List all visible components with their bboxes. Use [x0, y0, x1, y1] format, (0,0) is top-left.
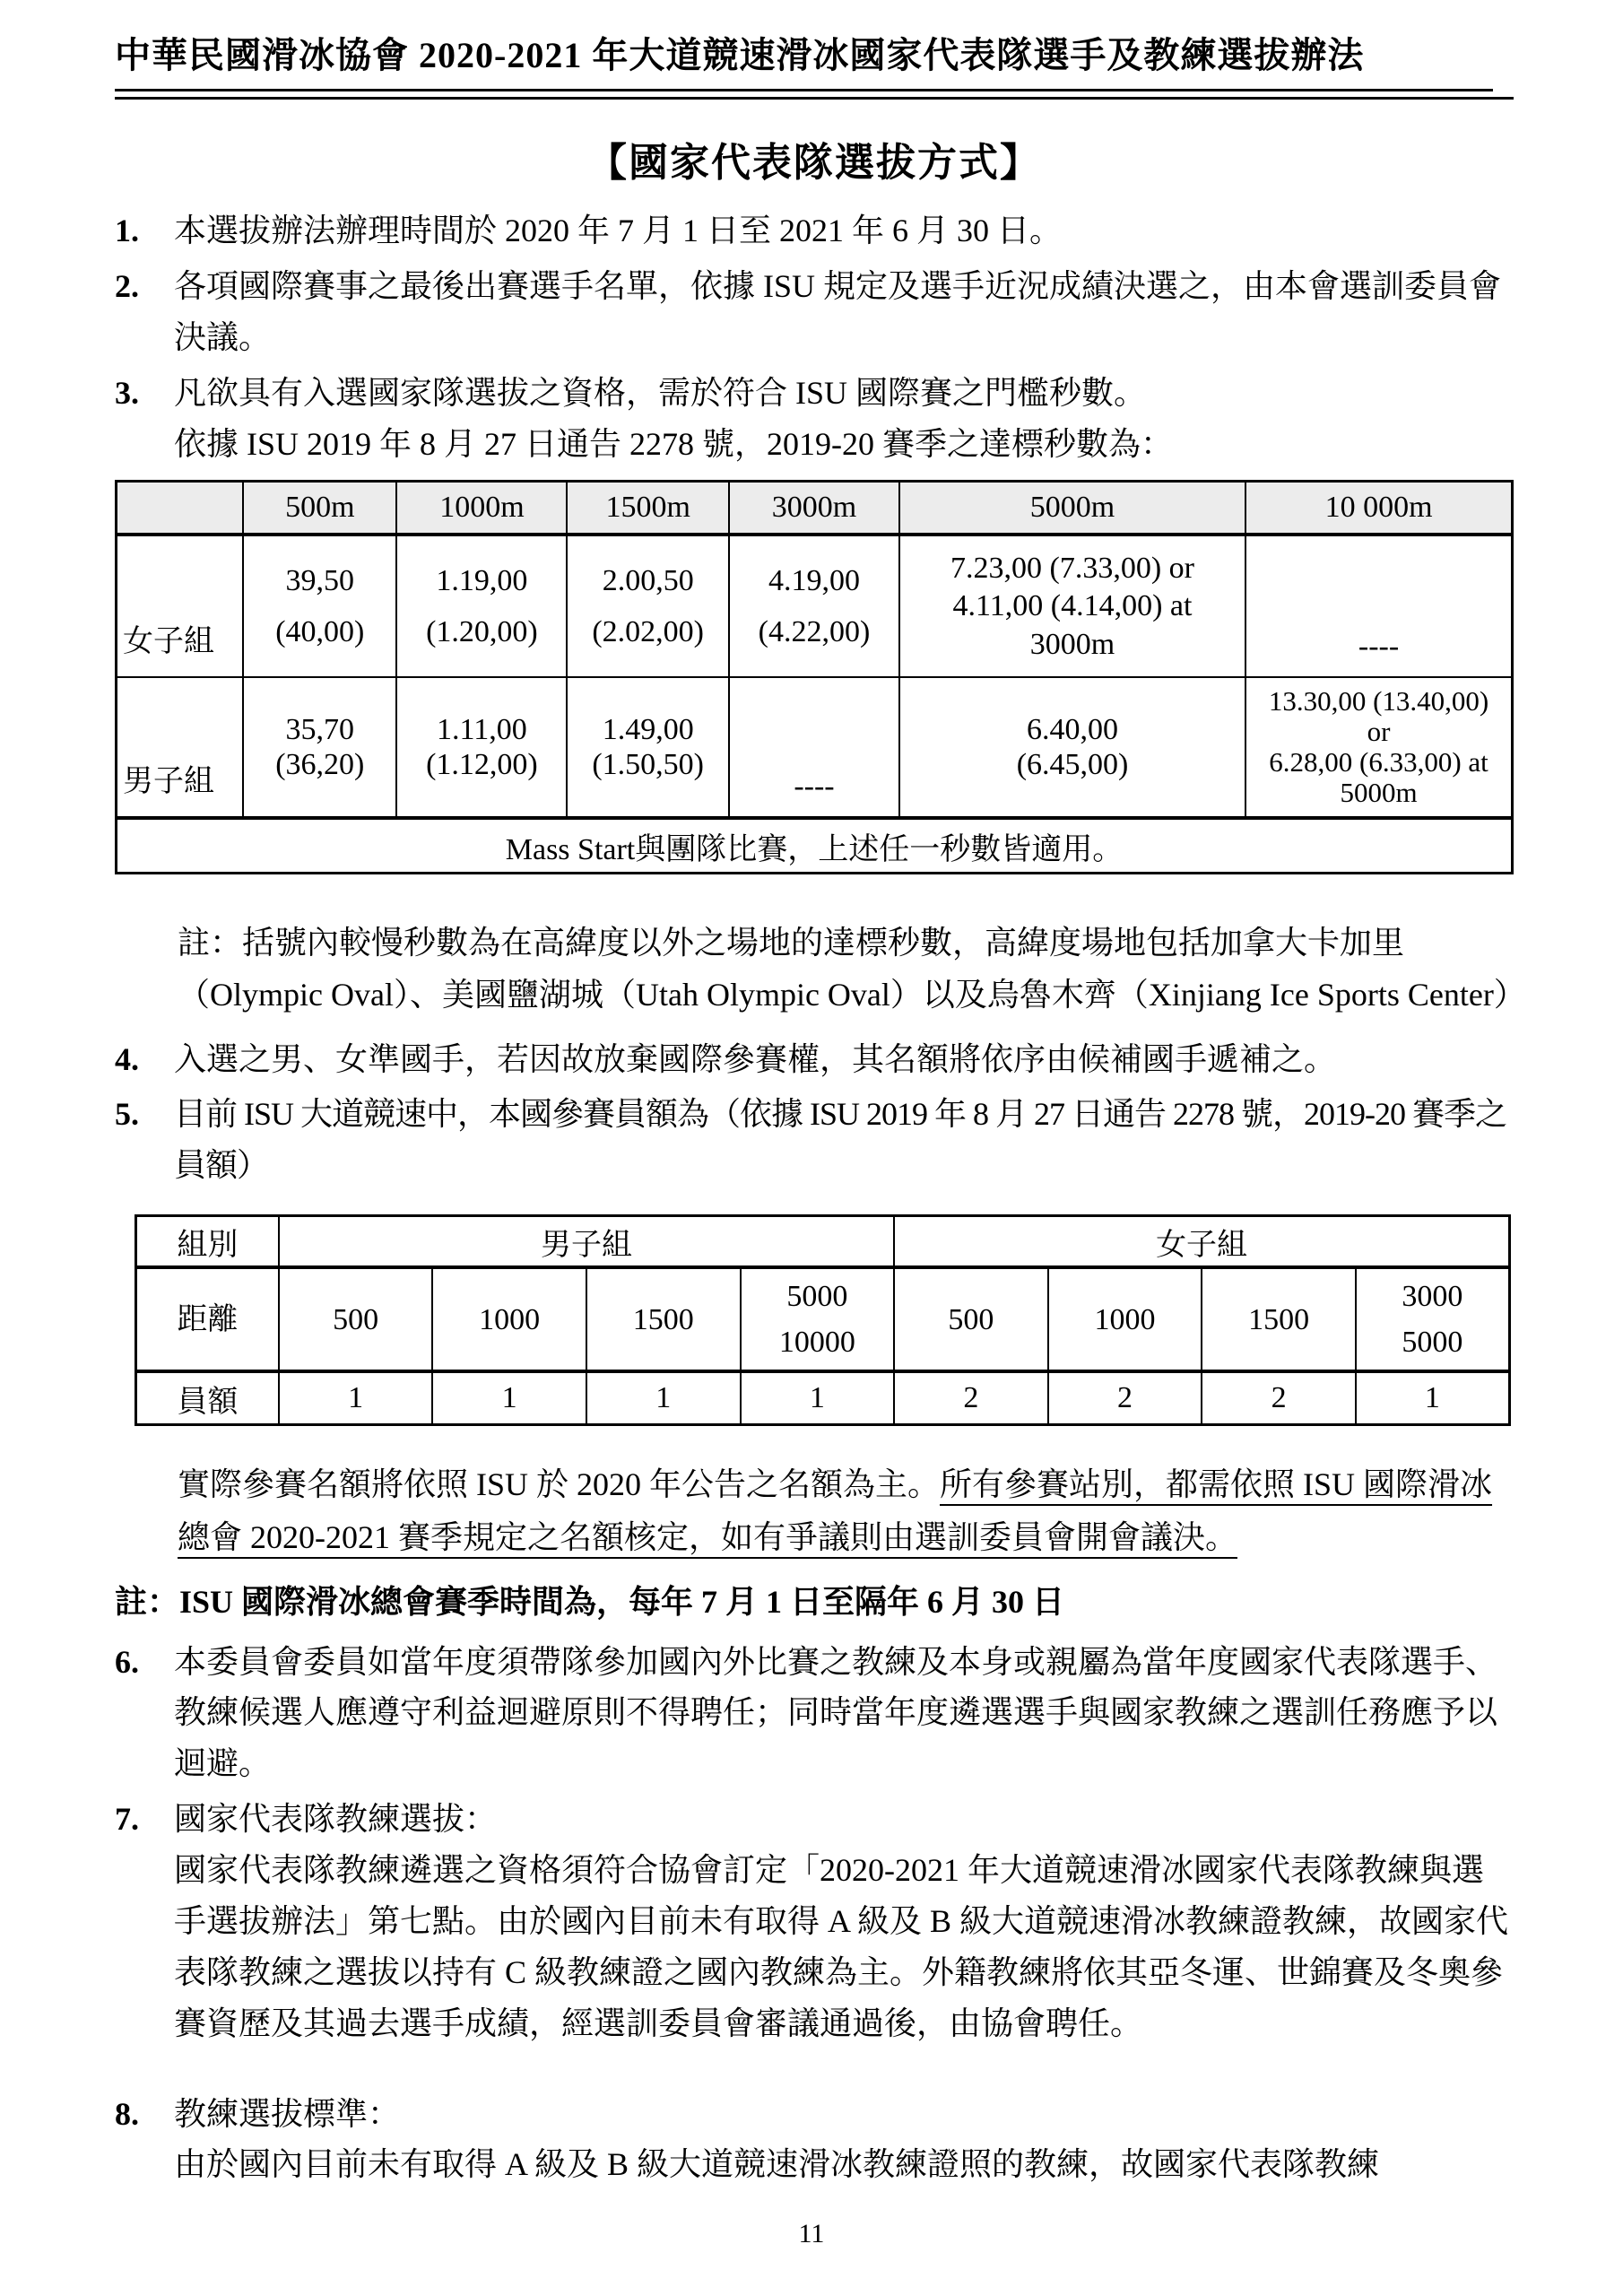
header-cell-1500m: 1500m: [567, 482, 729, 535]
item-number: 2.: [115, 261, 174, 363]
distance-cell: 1500: [1202, 1267, 1356, 1371]
cell-men-10000m: 13.30,00 (13.40,00) or 6.28,00 (6.33,00)…: [1245, 677, 1512, 818]
item-8-label: 教練選拔標準：: [174, 2096, 400, 2132]
quota-cell: 2: [1202, 1371, 1356, 1425]
quota-cell: 1: [432, 1371, 586, 1425]
item-text: 目前 ISU 大道競速中，本國參賽員額為（依據 ISU 2019 年 8 月 2…: [174, 1089, 1514, 1191]
item-text: 各項國際賽事之最後出賽選手名單，依據 ISU 規定及選手近況成績決選之，由本會選…: [174, 261, 1514, 363]
list-item-5: 5. 目前 ISU 大道競速中，本國參賽員額為（依據 ISU 2019 年 8 …: [115, 1089, 1514, 1191]
distance-cell: 500: [894, 1267, 1048, 1371]
quota-group-row: 組別 男子組 女子組: [136, 1216, 1510, 1268]
item-text: 凡欲具有入選國家隊選拔之資格，需於符合 ISU 國際賽之門檻秒數。 依據 ISU…: [174, 368, 1514, 470]
quota-distance-row: 距離 500 1000 1500 5000 10000 500 1000 150…: [136, 1267, 1510, 1371]
cell-women-10000m: ----: [1245, 535, 1512, 677]
distance-cell: 1000: [1048, 1267, 1202, 1371]
quota-paragraph-normal: 實際參賽名額將依照 ISU 於 2020 年公告之名額為主。: [178, 1466, 940, 1502]
quota-paragraph: 實際參賽名額將依照 ISU 於 2020 年公告之名額為主。所有參賽站別，都需依…: [178, 1458, 1514, 1563]
quota-cell: 2: [894, 1371, 1048, 1425]
item-number: 8.: [115, 2089, 174, 2191]
quota-cell: 2: [1048, 1371, 1202, 1425]
item-number: 5.: [115, 1089, 174, 1191]
qualifying-times-table: 500m 1000m 1500m 3000m 5000m 10 000m 女子組…: [115, 480, 1514, 874]
header-cell-1000m: 1000m: [396, 482, 567, 535]
quota-group-women: 女子組: [894, 1216, 1509, 1268]
item-text: 教練選拔標準： 由於國內目前未有取得 A 級及 B 級大道競速滑冰教練證照的教練…: [174, 2089, 1514, 2191]
document-header: 中華民國滑冰協會 2020-2021 年大道競速滑冰國家代表隊選手及教練選拔辦法: [115, 27, 1514, 100]
document-page: 中華民國滑冰協會 2020-2021 年大道競速滑冰國家代表隊選手及教練選拔辦法…: [0, 0, 1623, 2296]
quota-count-row: 員額 1 1 1 1 2 2 2 1: [136, 1371, 1510, 1425]
item-text: 本委員會委員如當年度須帶隊參加國內外比賽之教練及本身或親屬為當年度國家代表隊選手…: [174, 1637, 1514, 1790]
distance-cell: 500: [279, 1267, 433, 1371]
cell-women-5000m: 7.23,00 (7.33,00) or 4.11,00 (4.14,00) a…: [899, 535, 1245, 677]
quota-table: 組別 男子組 女子組 距離 500 1000 1500 5000 10000 5…: [135, 1214, 1511, 1426]
quota-cell: 1: [741, 1371, 895, 1425]
season-note: 註：ISU 國際滑冰總會賽季時間為，每年 7 月 1 日至隔年 6 月 30 日: [115, 1578, 1514, 1628]
cell-women-1000m: 1.19,00 (1.20,00): [396, 535, 567, 677]
list-item-1: 1. 本選拔辦法辦理時間於 2020 年 7 月 1 日至 2021 年 6 月…: [115, 205, 1514, 257]
quota-cell: 1: [279, 1371, 433, 1425]
list-item-2: 2. 各項國際賽事之最後出賽選手名單，依據 ISU 規定及選手近況成績決選之，由…: [115, 261, 1514, 363]
item-8-body: 由於國內目前未有取得 A 級及 B 級大道競速滑冰教練證照的教練，故國家代表隊教…: [174, 2146, 1379, 2182]
quota-count-label: 員額: [136, 1371, 279, 1425]
table-row-men: 男子組 35,70 (36,20) 1.11,00 (1.12,00) 1.49…: [117, 677, 1513, 818]
item-7-label: 國家代表隊教練選拔：: [174, 1801, 497, 1837]
item-number: 6.: [115, 1637, 174, 1790]
table-row-women: 女子組 39,50 (40,00) 1.19,00 (1.20,00) 2.00…: [117, 535, 1513, 677]
cell-women-500m: 39,50 (40,00): [243, 535, 396, 677]
distance-cell: 3000 5000: [1356, 1267, 1510, 1371]
cell-women-1500m: 2.00,50 (2.02,00): [567, 535, 729, 677]
distance-cell: 1000: [432, 1267, 586, 1371]
quota-cell: 1: [586, 1371, 741, 1425]
cell-men-3000m: ----: [729, 677, 899, 818]
item-text: 本選拔辦法辦理時間於 2020 年 7 月 1 日至 2021 年 6 月 30…: [174, 205, 1514, 257]
header-cell-3000m: 3000m: [729, 482, 899, 535]
section-title: 【國家代表隊選拔方式】: [115, 130, 1514, 187]
header-cell-blank: [117, 482, 244, 535]
row-label-men: 男子組: [117, 677, 244, 818]
item-number: 7.: [115, 1794, 174, 2048]
document-title: 中華民國滑冰協會 2020-2021 年大道競速滑冰國家代表隊選手及教練選拔辦法: [115, 27, 1514, 78]
header-cell-10000m: 10 000m: [1245, 482, 1512, 535]
mass-start-note: Mass Start與團隊比賽，上述任一秒數皆適用。: [117, 818, 1513, 874]
cell-women-3000m: 4.19,00 (4.22,00): [729, 535, 899, 677]
item-number: 3.: [115, 368, 174, 470]
item-text: 國家代表隊教練選拔： 國家代表隊教練遴選之資格須符合協會訂定「2020-2021…: [174, 1794, 1514, 2048]
item-number: 4.: [115, 1034, 174, 1085]
list-item-8: 8. 教練選拔標準： 由於國內目前未有取得 A 級及 B 級大道競速滑冰教練證照…: [115, 2089, 1514, 2191]
distance-cell: 1500: [586, 1267, 741, 1371]
cell-men-500m: 35,70 (36,20): [243, 677, 396, 818]
header-cell-500m: 500m: [243, 482, 396, 535]
quota-cell: 1: [1356, 1371, 1510, 1425]
header-cell-5000m: 5000m: [899, 482, 1245, 535]
page-number: 11: [0, 2219, 1623, 2249]
item-7-body: 國家代表隊教練遴選之資格須符合協會訂定「2020-2021 年大道競速滑冰國家代…: [174, 1852, 1508, 2041]
item-text: 入選之男、女準國手，若因故放棄國際參賽權，其名額將依序由候補國手遞補之。: [174, 1034, 1514, 1085]
quota-group-men: 男子組: [279, 1216, 894, 1268]
altitude-note: 註：括號內較慢秒數為在高緯度以外之場地的達標秒數，高緯度場地包括加拿大卡加里（O…: [178, 918, 1514, 1021]
table-header-row: 500m 1000m 1500m 3000m 5000m 10 000m: [117, 482, 1513, 535]
header-rule-bottom: [115, 97, 1514, 100]
table-footer-row: Mass Start與團隊比賽，上述任一秒數皆適用。: [117, 818, 1513, 874]
row-label-women: 女子組: [117, 535, 244, 677]
header-rule-top: [115, 89, 1493, 91]
list-item-7: 7. 國家代表隊教練選拔： 國家代表隊教練遴選之資格須符合協會訂定「2020-2…: [115, 1794, 1514, 2048]
item-number: 1.: [115, 205, 174, 257]
cell-men-1000m: 1.11,00 (1.12,00): [396, 677, 567, 818]
list-item-6: 6. 本委員會委員如當年度須帶隊參加國內外比賽之教練及本身或親屬為當年度國家代表…: [115, 1637, 1514, 1790]
list-item-3: 3. 凡欲具有入選國家隊選拔之資格，需於符合 ISU 國際賽之門檻秒數。 依據 …: [115, 368, 1514, 470]
cell-men-1500m: 1.49,00 (1.50,50): [567, 677, 729, 818]
quota-distance-label: 距離: [136, 1267, 279, 1371]
distance-cell: 5000 10000: [741, 1267, 895, 1371]
quota-group-label: 組別: [136, 1216, 279, 1268]
list-item-4: 4. 入選之男、女準國手，若因故放棄國際參賽權，其名額將依序由候補國手遞補之。: [115, 1034, 1514, 1085]
cell-men-5000m: 6.40,00 (6.45,00): [899, 677, 1245, 818]
